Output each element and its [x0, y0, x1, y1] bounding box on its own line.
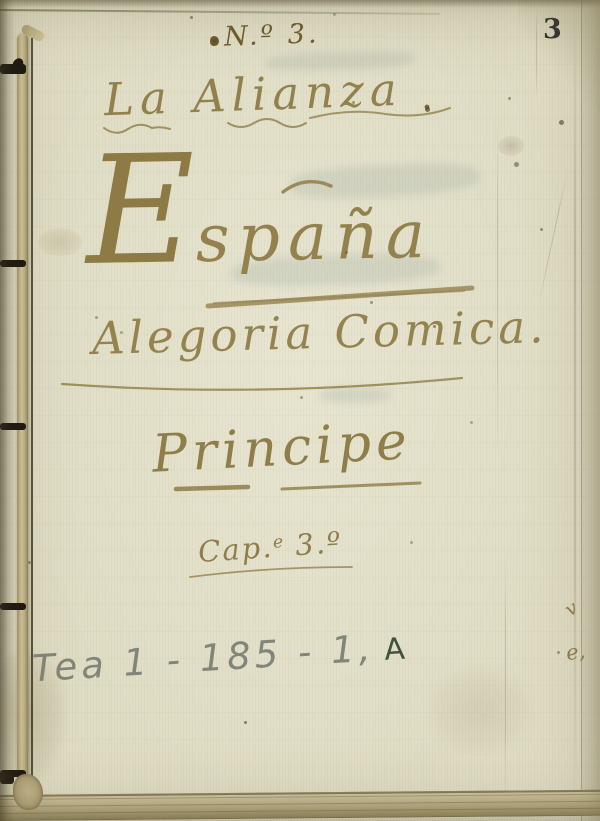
underline-chapter — [190, 567, 352, 577]
paper-stain — [430, 670, 530, 750]
folio-number: 3 — [543, 14, 562, 45]
binding-cord — [17, 34, 28, 804]
underline-principe-1 — [176, 487, 248, 489]
binding-end-knot-dark — [0, 772, 14, 784]
page-top-edge — [0, 0, 600, 8]
binding — [0, 0, 48, 821]
underline-alegoria — [62, 378, 462, 390]
pen-flourishes — [0, 0, 600, 821]
strike-line-2 — [214, 291, 464, 303]
page-right-edge — [581, 0, 600, 821]
stitch — [0, 260, 26, 267]
stitch — [0, 423, 26, 430]
flourish-dot — [425, 105, 430, 110]
page-behind-edge-line — [0, 9, 440, 15]
binding-thread — [31, 38, 33, 798]
pencil-shelfmark: Tea 1 - 185 - 1,A — [31, 625, 406, 691]
paper-crease — [574, 0, 576, 821]
role-line: Principe — [151, 411, 414, 485]
paper-stain — [498, 136, 524, 156]
binding-end-knot — [13, 774, 43, 810]
chapter-number: 3.º — [294, 525, 344, 562]
underline-principe-2 — [282, 483, 420, 489]
struck-title-espana: España — [85, 165, 434, 279]
ink-blot — [210, 36, 219, 46]
paper-crease — [505, 560, 506, 810]
stitch — [0, 603, 26, 610]
spine-shadow — [0, 0, 15, 821]
shelfmark-suffix: A — [383, 632, 406, 668]
paper-crease — [536, 8, 537, 100]
ink-bleedthrough — [320, 388, 390, 402]
shelfmark-text: Tea 1 - 185 - 1, — [31, 627, 375, 691]
chapter-superscript: e — [272, 532, 285, 553]
heading-number: N.º 3. — [223, 18, 320, 52]
genre-line: Alegoria Comica. — [91, 300, 548, 365]
chapter-line: Cap.e3.º — [197, 525, 344, 569]
manuscript-cover-page: N.º 3. La Alianza España Alegoria Comica… — [0, 0, 600, 821]
page-stack-bottom-edge — [0, 790, 600, 821]
chapter-prefix: Cap. — [197, 530, 274, 569]
paper-crease — [497, 118, 498, 458]
paper-crease — [537, 171, 567, 308]
title-la-alianza: La Alianza — [103, 63, 403, 126]
edge-ink-mark: v — [561, 597, 582, 621]
